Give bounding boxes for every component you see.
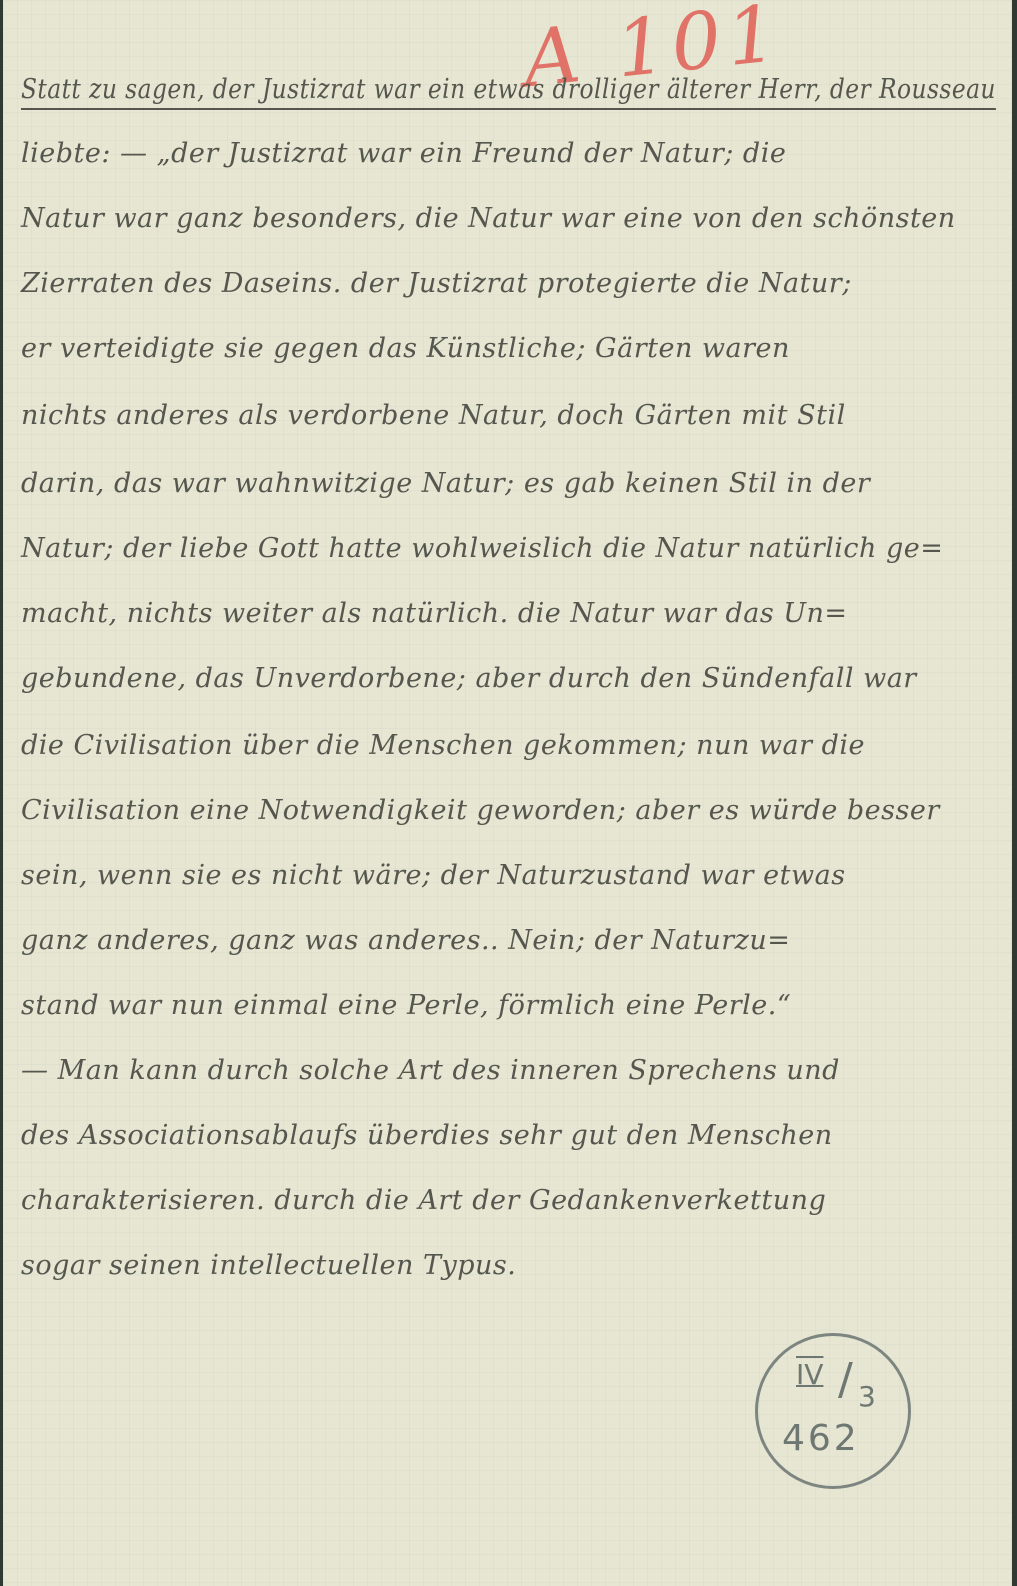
- text-line-4: Zierraten des Daseins. der Justizrat pro…: [21, 268, 852, 299]
- text-line-15: stand war nun einmal eine Perle, förmlic…: [21, 990, 791, 1021]
- text-line-11: die Civilisation über die Menschen gekom…: [21, 730, 865, 761]
- text-line-9: macht, nichts weiter als natürlich. die …: [21, 598, 848, 629]
- text-line-7: darin, das war wahnwitzige Natur; es gab…: [21, 468, 870, 499]
- text-line-2: liebte: — „der Justizrat war ein Freund …: [21, 138, 786, 169]
- text-line-8: Natur; der liebe Gott hatte wohlweislich…: [21, 533, 943, 564]
- text-line-14: ganz anderes, ganz was anderes.. Nein; d…: [21, 925, 790, 956]
- stamp-slash: /: [838, 1354, 853, 1405]
- text-line-18: charakterisieren. durch die Art der Geda…: [21, 1185, 826, 1216]
- text-line-6: nichts anderes als verdorbene Natur, doc…: [21, 400, 846, 431]
- manuscript-page: A 101 Statt zu sagen, der Justizrat war …: [3, 0, 1012, 1586]
- stamp-sub: 3: [858, 1380, 876, 1413]
- text-line-10: gebundene, das Unverdorbene; aber durch …: [21, 663, 917, 694]
- text-line-1: Statt zu sagen, der Justizrat war ein et…: [21, 74, 996, 105]
- archive-stamp: IV / 3 462: [755, 1333, 911, 1489]
- text-line-17: des Associationsablaufs überdies sehr gu…: [21, 1120, 833, 1151]
- stamp-number: 462: [782, 1418, 860, 1459]
- scan-edge: [1012, 0, 1017, 1586]
- stamp-roman: IV: [796, 1358, 823, 1391]
- text-line-16: — Man kann durch solche Art des inneren …: [21, 1055, 840, 1086]
- text-line-5: er verteidigte sie gegen das Künstliche;…: [21, 333, 790, 364]
- text-line-13: sein, wenn sie es nicht wäre; der Naturz…: [21, 860, 846, 891]
- text-line-19: sogar seinen intellectuellen Typus.: [21, 1250, 516, 1281]
- text-line-12: Civilisation eine Notwendigkeit geworden…: [21, 795, 940, 826]
- text-line-3: Natur war ganz besonders, die Natur war …: [21, 203, 956, 234]
